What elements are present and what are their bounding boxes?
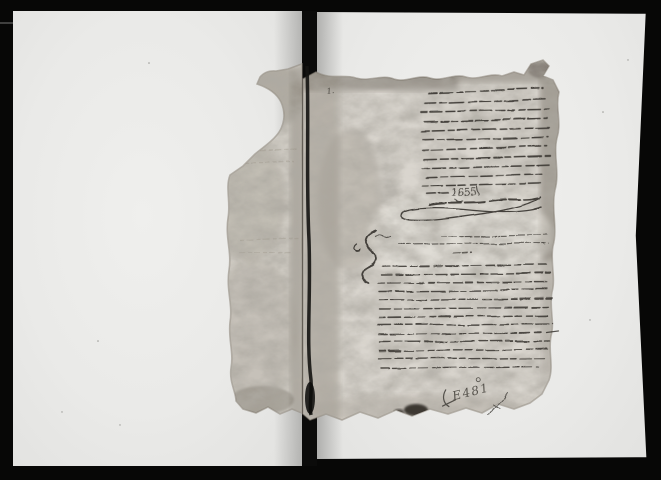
- ink-blot: [404, 404, 428, 416]
- parchment-left-fragment: [213, 58, 307, 420]
- microfilm-scan: 1. 1655: [0, 0, 661, 480]
- year-text: 1655: [450, 186, 476, 198]
- parchment-overlay: 1. 1655: [0, 0, 661, 480]
- folio-mark: 1.: [326, 86, 335, 96]
